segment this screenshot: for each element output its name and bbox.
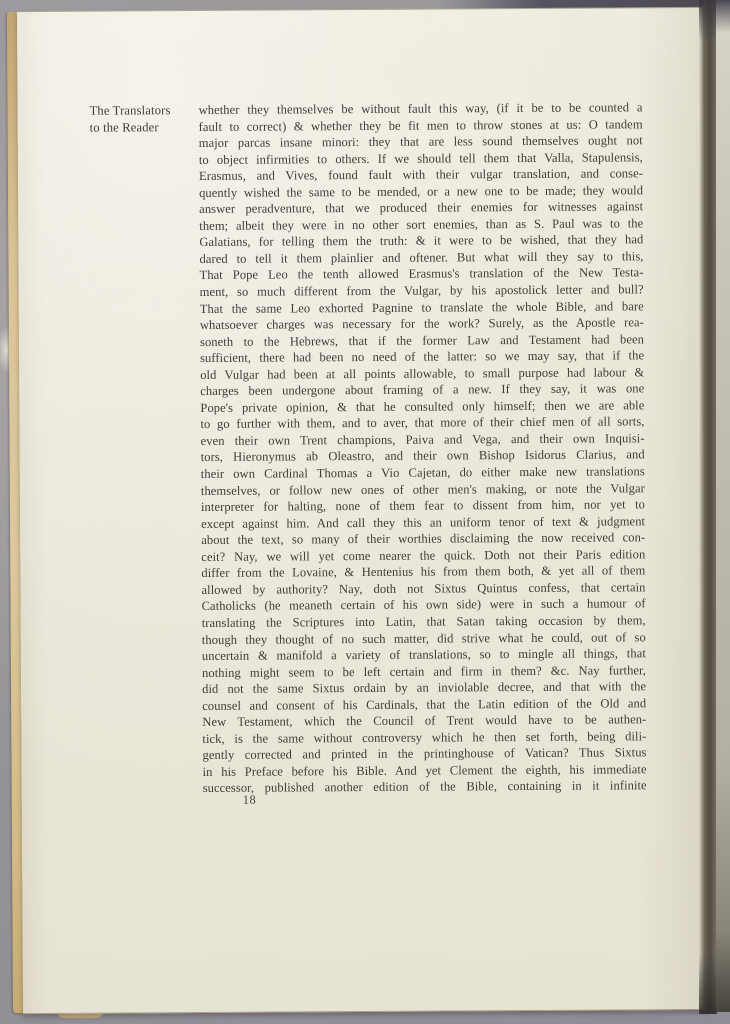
text-line: ment, so much different from the Vulgar,… [200, 281, 644, 300]
text-line: translating the Scriptures into Latin, t… [202, 612, 646, 631]
margin-note-line-1: The Translators [90, 102, 210, 119]
photo-background: The Translators to the Reader whether th… [0, 0, 730, 1024]
text-line: whether they themselves be without fault… [199, 99, 643, 118]
adjacent-page-edge [716, 2, 730, 1012]
margin-note: The Translators to the Reader [90, 102, 210, 136]
page-number: 18 [243, 793, 273, 808]
gutter-shadow [699, 0, 717, 1014]
margin-note-line-2: to the Reader [90, 118, 210, 135]
page-body-text: whether they themselves be without fault… [199, 99, 647, 797]
book-page: The Translators to the Reader whether th… [17, 7, 709, 1014]
